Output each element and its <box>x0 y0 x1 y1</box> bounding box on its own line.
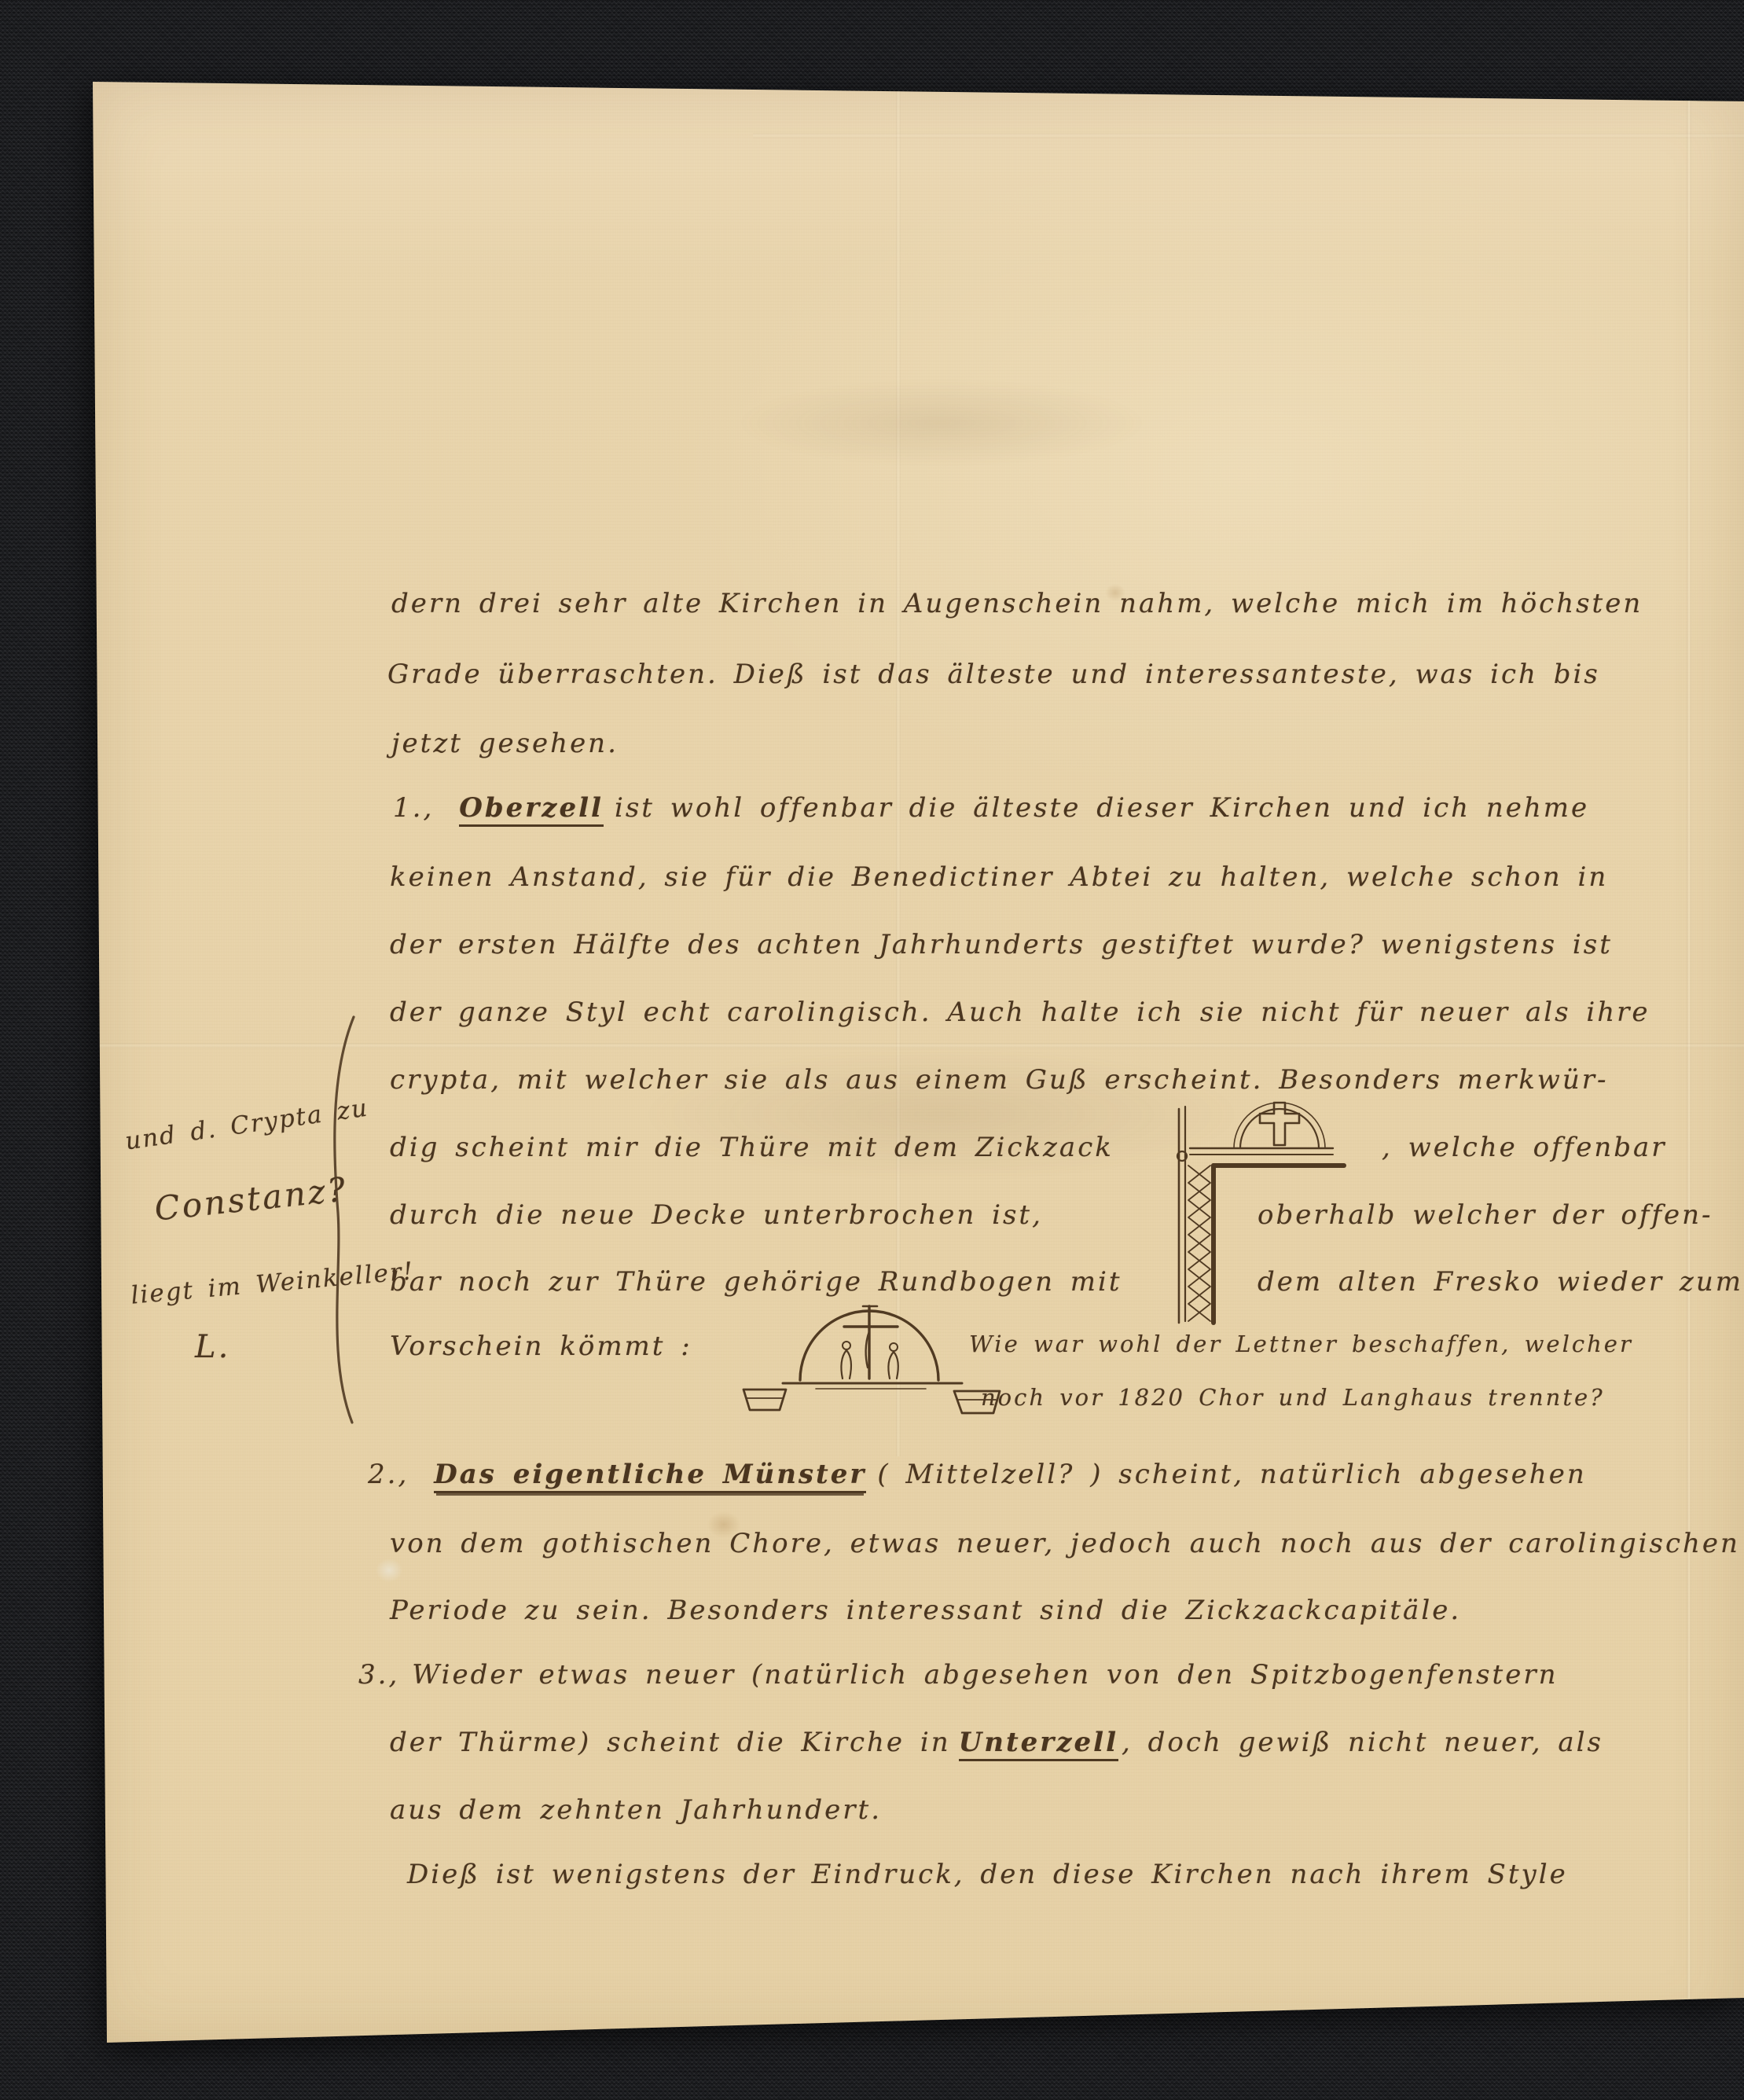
letter-line: keinen Anstand, sie für die Benedictiner… <box>390 861 1608 893</box>
letter-line-item2: 2.,Das eigentliche Münster( Mittelzell? … <box>368 1459 1587 1490</box>
paper-spot <box>376 1558 402 1582</box>
keyword-unterzell: Unterzell <box>959 1727 1118 1761</box>
paper-shadow-wrap: und d. Crypta zu Constanz? liegt im Wein… <box>93 81 1744 2043</box>
fold-crease-vertical-center <box>896 81 901 1456</box>
letter-line: dig scheint mir die Thüre mit dem Zickza… <box>390 1132 1114 1163</box>
letter-line-unterzell: der Thürme) scheint die Kirche inUnterze… <box>390 1727 1603 1758</box>
letter-line-text: ist wohl offenbar die älteste dieser Kir… <box>615 792 1589 824</box>
item-number: 2., <box>368 1459 409 1490</box>
margin-note-line-3: liegt im Weinkeller! <box>130 1257 415 1309</box>
letter-line: jetzt gesehen. <box>391 728 619 759</box>
letter-line-text: ( Mittelzell? ) scheint, natürlich abges… <box>877 1459 1586 1490</box>
scan-stage: und d. Crypta zu Constanz? liegt im Wein… <box>0 0 1744 2100</box>
letter-line-text: , doch gewiß nicht neuer, als <box>1122 1727 1603 1758</box>
zigzag-band <box>1188 1166 1210 1321</box>
letter-line: dern drei sehr alte Kirchen in Augensche… <box>391 588 1643 619</box>
paper-sheet: und d. Crypta zu Constanz? liegt im Wein… <box>93 81 1744 2043</box>
letter-line: crypta, mit welcher sie als aus einem Gu… <box>390 1064 1609 1096</box>
crucifixion-group <box>841 1306 898 1379</box>
keyword-muenster: Das eigentliche Münster <box>434 1459 866 1493</box>
margin-note-initial: L. <box>195 1329 230 1365</box>
letter-line: von dem gothischen Chore, etwas neuer, j… <box>390 1528 1740 1559</box>
margin-brace <box>321 1012 362 1437</box>
fold-crease-vertical-right <box>1687 81 1691 1999</box>
letter-line-item3: 3.,Wieder etwas neuer (natürlich abgeseh… <box>358 1659 1559 1691</box>
letter-line-text: der Thürme) scheint die Kirche in <box>390 1727 951 1758</box>
letter-line: der ersten Hälfte des achten Jahrhundert… <box>390 929 1613 960</box>
letter-line: Vorschein kömmt : <box>390 1331 692 1362</box>
letter-line: der ganze Styl echt carolingisch. Auch h… <box>390 997 1650 1028</box>
letter-line: durch die neue Decke unterbrochen ist, <box>390 1199 1043 1231</box>
tympanum-sketch <box>737 1279 1008 1437</box>
letter-closing-line: Dieß ist wenigstens der Eindruck, den di… <box>407 1859 1568 1890</box>
letter-line-item1: 1.,Oberzellist wohl offenbar die älteste… <box>393 792 1589 824</box>
door-jamb-lines <box>1177 1107 1344 1323</box>
keyword-oberzell: Oberzell <box>459 792 604 827</box>
item-number: 1., <box>393 792 434 824</box>
letter-line: , welche offenbar <box>1382 1132 1667 1163</box>
cross-lunette <box>1234 1103 1325 1148</box>
letter-line-text: Wieder etwas neuer (natürlich abgesehen … <box>412 1659 1558 1691</box>
item-number: 3., <box>358 1659 399 1691</box>
door-jamb-sketch <box>1162 1087 1358 1338</box>
letter-line: aus dem zehnten Jahrhundert. <box>390 1794 882 1826</box>
letter-line: Grade überraschten. Dieß ist das älteste… <box>387 659 1600 690</box>
fold-crease-top <box>753 133 1744 138</box>
lettner-question-line-2: noch vor 1820 Chor und Langhaus trennte? <box>981 1384 1605 1411</box>
ink-showthrough <box>737 380 1146 466</box>
letter-line: Periode zu sein. Besonders interessant s… <box>390 1595 1461 1626</box>
arch-lines <box>783 1311 962 1389</box>
capitals <box>743 1390 1000 1413</box>
margin-note-line-2: Constanz? <box>152 1169 349 1228</box>
